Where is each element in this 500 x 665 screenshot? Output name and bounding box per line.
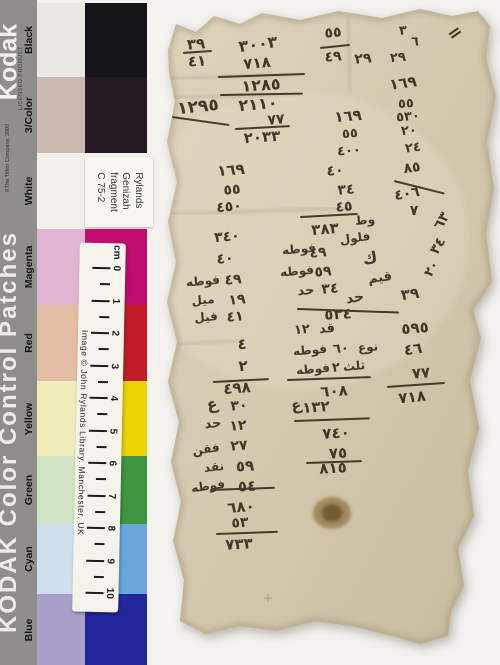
fragment-stain: [313, 497, 351, 529]
ruler-tick-minor: [97, 413, 107, 415]
ruler-number: 1: [110, 298, 121, 304]
ink-stain: [322, 504, 343, 522]
ruler-number: 6: [107, 460, 118, 466]
ruler-tick-minor: [97, 446, 107, 448]
ruler-tick-minor: [96, 478, 106, 480]
ruler-body: 012345678910: [72, 243, 126, 613]
ruler-tick-major: [86, 559, 104, 561]
ruler-number: 10: [104, 588, 115, 599]
ruler-number: 5: [107, 428, 118, 434]
ruler-tick-minor: [95, 543, 105, 545]
ruler-tick-minor: [95, 511, 105, 513]
ruler-tick-major: [86, 592, 104, 594]
ruler-tick-minor: [98, 381, 108, 383]
ruler-number: 3: [109, 363, 120, 369]
ruler-number: 9: [105, 558, 116, 564]
ruler-tick-major: [92, 299, 110, 301]
ruler-tick-major: [91, 332, 109, 334]
ruler-tick-major: [88, 494, 106, 496]
ruler-tick-major: [90, 397, 108, 399]
ruler-number: 4: [108, 395, 119, 401]
ruler-number: 0: [111, 265, 122, 271]
ruler-tick-major: [92, 267, 110, 269]
ruler-tick-major: [88, 462, 106, 464]
ruler-tick-minor: [99, 348, 109, 350]
ruler-number: 7: [106, 493, 117, 499]
ruler-number: 2: [109, 330, 120, 336]
ruler-tick-minor: [94, 576, 104, 578]
ruler-number: 8: [105, 525, 116, 531]
ruler-tick-minor: [99, 316, 109, 318]
ruler-tick-major: [90, 364, 108, 366]
ruler-tick-major: [87, 527, 105, 529]
ruler-tick-major: [89, 429, 107, 431]
stage: KODAK Color Control Patches Kodak LICENS…: [0, 0, 500, 665]
ruler: cm Image © John Rylands Library. Manches…: [72, 243, 126, 613]
ruler-tick-minor: [100, 283, 110, 285]
